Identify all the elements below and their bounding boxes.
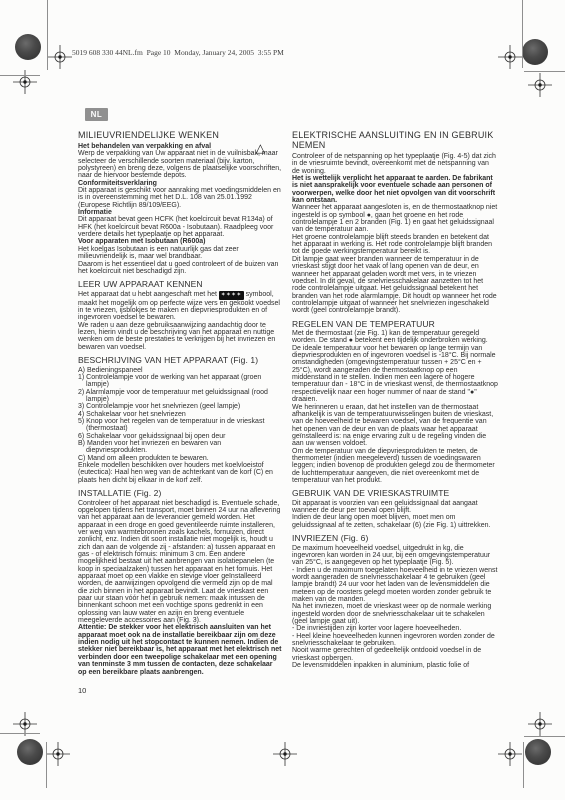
text-block: B) Manden voor het invriezen en bewaren … <box>78 440 283 455</box>
print-dot-icon <box>17 739 43 765</box>
crop-mark-line <box>522 0 523 68</box>
text-block: - Indien u de maximum toegelaten hoeveel… <box>292 567 498 604</box>
print-job-header: 5019 608 330 44NL.fm Page 10 Monday, Jan… <box>72 48 284 57</box>
text-fragment: Het apparaat dat u hebt aangeschaft met … <box>78 291 219 298</box>
text-block: Wanneer het apparaat aangesloten is, en … <box>292 204 498 233</box>
text-block: Met de thermostaat (zie Fig. 1) kan de t… <box>292 330 498 403</box>
print-dot-icon <box>15 34 41 60</box>
section-heading: LEER UW APPARAAT KENNEN <box>78 280 283 290</box>
registration-mark-icon <box>48 45 72 69</box>
text-block: De levensmiddelen inpakken in aluminium,… <box>292 662 498 669</box>
text-block: Nooit warme gerechten of gedeeltelijk on… <box>292 647 498 662</box>
section-heading: REGELEN VAN DE TEMPERATUUR <box>292 320 498 330</box>
text-block: Controleer of de netspanning op het type… <box>292 153 498 175</box>
crop-mark-line <box>524 736 565 737</box>
registration-mark-icon <box>528 73 552 97</box>
text-block: 6) Schakelaar voor geluidssignaal bij op… <box>78 433 283 440</box>
registration-mark-icon <box>13 70 37 94</box>
left-text-column: MILIEUVRIENDELIJKE WENKENHet behandelen … <box>78 130 283 676</box>
text-block: Indien de deur lang open moet blijven, m… <box>292 514 498 529</box>
registration-mark-icon <box>498 742 522 766</box>
crop-mark-line <box>523 742 524 788</box>
text-block: - Heel kleine hoeveelheden kunnen ingevr… <box>292 633 498 648</box>
crop-mark-line <box>0 75 40 76</box>
text-block: 2) Alarmlampje voor de temperatuur met g… <box>78 389 283 404</box>
print-dot-icon <box>525 739 551 765</box>
text-block: 3) Controlelampje voor het snelvriezen (… <box>78 403 283 410</box>
registration-mark-icon <box>528 712 552 736</box>
text-block: Het groene controlelampje blijft steeds … <box>292 234 498 256</box>
text-block: Dit apparaat is geschikt voor aanraking … <box>78 187 283 209</box>
text-block: 1) Controlelampje voor de werking van he… <box>78 374 283 389</box>
text-block: Dit lampje gaat weer branden wanneer de … <box>292 256 498 315</box>
section-heading: INSTALLATIE (Fig. 2) <box>78 489 283 499</box>
text-block: - De invriestijden zijn korter voor lage… <box>292 625 498 632</box>
text-block: De maximum hoeveelheid voedsel, uitgedru… <box>292 545 498 567</box>
registration-mark-icon <box>273 742 297 766</box>
text-block: Voor apparaten met Isobutaan (R600a) <box>78 238 283 245</box>
section-heading: INVRIEZEN (Fig. 6) <box>292 534 498 544</box>
recycle-triangle-icon: △ <box>256 142 265 154</box>
print-dot-icon <box>522 39 548 65</box>
crop-mark-line <box>0 733 40 734</box>
page-number: 10 <box>78 686 86 695</box>
text-block: Het behandelen van verpakking en afval△ <box>78 143 283 150</box>
text-block: Het koelgas Isobutaan is een natuurlijk … <box>78 246 283 261</box>
text-block: Het apparaat dat u hebt aangeschaft met … <box>78 291 283 322</box>
text-block: Controleer of het apparaat niet beschadi… <box>78 500 283 625</box>
text-block: A) Bedieningspaneel <box>78 367 283 374</box>
registration-mark-icon <box>498 45 522 69</box>
section-heading: MILIEUVRIENDELIJKE WENKEN <box>78 130 283 140</box>
language-badge: NL <box>85 108 108 121</box>
text-block: Informatie <box>78 209 283 216</box>
section-heading: GEBRUIK VAN DE VRIESKASTRUIMTE <box>292 489 498 499</box>
crop-mark-line <box>47 0 48 70</box>
text-block: Werp de verpakking van Uw apparaat niet … <box>78 150 283 179</box>
text-block: Daarom is het essentieel dat u goed cont… <box>78 261 283 276</box>
registration-mark-icon <box>46 742 70 766</box>
section-heading: ELEKTRISCHE AANSLUITING EN IN GEBRUIK NE… <box>292 130 498 150</box>
text-block: 5) Knop voor het regelen van de temperat… <box>78 418 283 433</box>
text-block: 4) Schakelaar voor het snelvriezen <box>78 411 283 418</box>
text-block: C) Mand om alleen produkten te bewaren. <box>78 455 283 462</box>
text-block: We herinneren u eraan, dat het instellen… <box>292 404 498 448</box>
freezer-stars-icon: ✶✶✶✶ <box>219 291 244 300</box>
text-block: We raden u aan deze gebruiksaanwijzing a… <box>78 322 283 351</box>
text-block: Het is wettelijk verplicht het apparaat … <box>292 175 498 204</box>
text-block: Dit apparaat is voorzien van een geluids… <box>292 500 498 515</box>
text-block: Attentie: De stekker voor het elektrisch… <box>78 624 283 675</box>
right-text-column: ELEKTRISCHE AANSLUITING EN IN GEBRUIK NE… <box>292 130 498 670</box>
crop-mark-line <box>524 71 565 72</box>
text-block: Om de temperatuur van de diepvriesproduk… <box>292 448 498 485</box>
text-block: Enkele modellen beschikken over houders … <box>78 462 283 484</box>
section-heading: BESCHRIJVING VAN HET APPARAAT (Fig. 1) <box>78 356 283 366</box>
text-block: Dit apparaat bevat geen HCFK (het koelci… <box>78 216 283 238</box>
text-block: Na het invriezen, moet de vrieskast weer… <box>292 603 498 625</box>
crop-mark-line <box>46 742 47 788</box>
text-block: Conformiteitsverklaring <box>78 180 283 187</box>
